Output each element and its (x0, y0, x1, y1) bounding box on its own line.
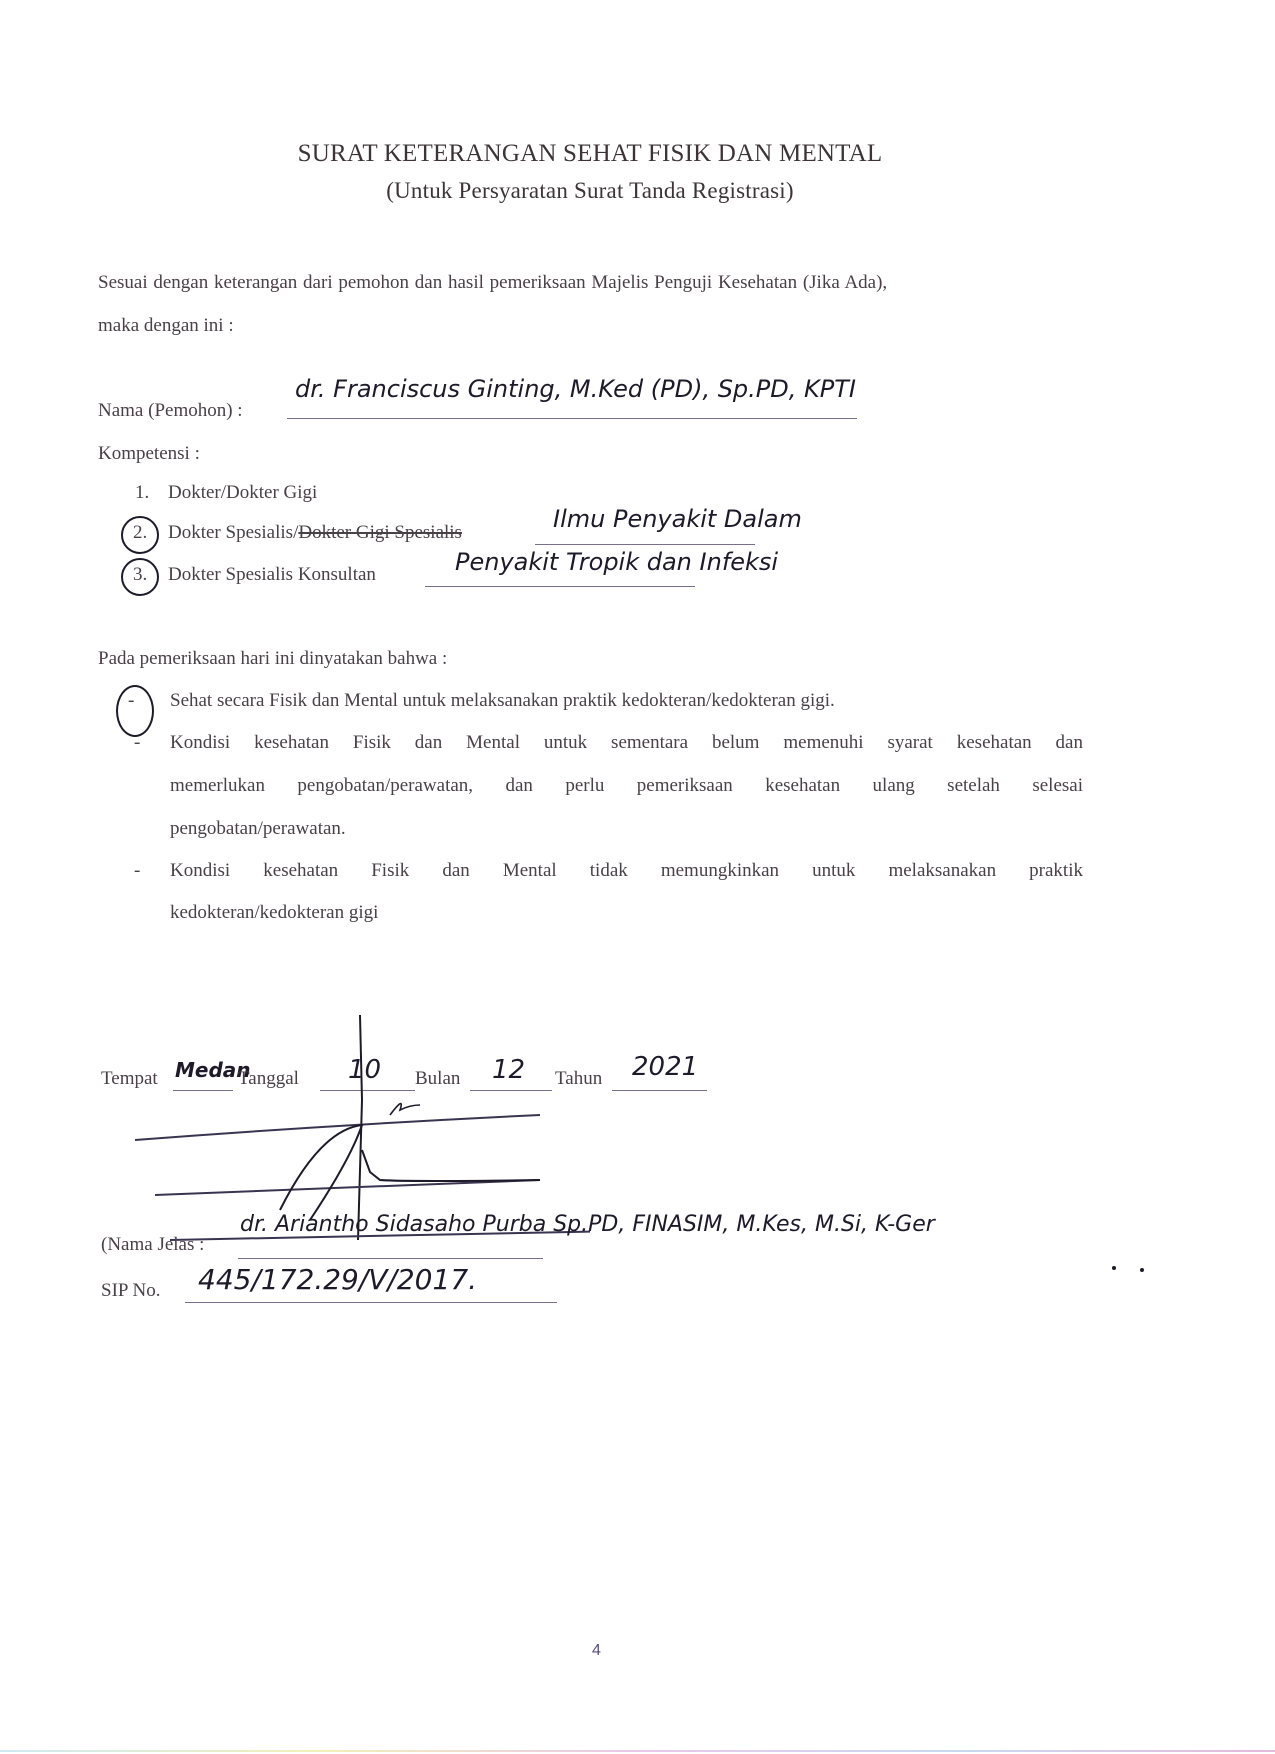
competency-item-3-underline (425, 586, 695, 587)
document-subtitle: (Untuk Persyaratan Surat Tanda Registras… (0, 178, 1180, 204)
exam-option-2-line-1[interactable]: Kondisi kesehatan Fisik dan Mental untuk… (170, 732, 1083, 754)
applicant-label: Nama (Pemohon) : (98, 400, 243, 422)
signer-name-underline (238, 1258, 543, 1259)
page-number: 4 (592, 1642, 601, 1660)
applicant-name-field[interactable]: dr. Franciscus Ginting, M.Ked (PD), Sp.P… (295, 375, 856, 403)
exam-option-1-bullet: - (128, 690, 134, 712)
sip-underline (185, 1302, 557, 1303)
exam-label: Pada pemeriksaan hari ini dinyatakan bah… (98, 648, 447, 670)
signer-name-suffix: Sp.PD, FINASIM, M.Kes, M.Si, K-Ger (553, 1212, 935, 1237)
competency-item-2-text[interactable]: Dokter Spesialis/Dokter Gigi Spesialis (168, 522, 462, 544)
competency-item-2-underline (535, 544, 755, 545)
intro-line-1: Sesuai dengan keterangan dari pemohon da… (98, 272, 1083, 294)
applicant-underline (287, 418, 857, 419)
competency-item-3-value[interactable]: Penyakit Tropik dan Infeksi (455, 548, 778, 576)
scan-speck (1112, 1266, 1116, 1270)
sip-field[interactable]: 445/172.29/V/2017. (198, 1263, 477, 1296)
exam-option-3-line-1[interactable]: Kondisi kesehatan Fisik dan Mental tidak… (170, 860, 1083, 882)
competency-item-2-struck-text: Dokter Gigi Spesialis (298, 522, 462, 543)
exam-option-2-bullet: - (134, 732, 140, 754)
scan-edge-line (0, 1750, 1275, 1752)
exam-option-3-bullet: - (134, 860, 140, 882)
competency-item-1-text[interactable]: Dokter/Dokter Gigi (168, 482, 317, 504)
exam-option-2-line-3: pengobatan/perawatan. (170, 818, 346, 840)
competency-item-2-label: Dokter Spesialis/ (168, 522, 298, 543)
scan-speck (1140, 1268, 1144, 1272)
signer-name-label: (Nama Jelas : (101, 1234, 204, 1256)
exam-option-1-circle-mark (116, 685, 154, 737)
signer-name-value: dr. Ariantho Sidasaho Purba (240, 1212, 546, 1237)
exam-option-3-line-2: kedokteran/kedokteran gigi (170, 902, 378, 924)
sip-label: SIP No. (101, 1280, 160, 1302)
exam-option-2-line-2: memerlukan pengobatan/perawatan, dan per… (170, 775, 1083, 797)
competency-item-2-value[interactable]: Ilmu Penyakit Dalam (553, 505, 802, 533)
exam-option-1-text[interactable]: Sehat secara Fisik dan Mental untuk mela… (170, 690, 835, 712)
intro-line-2: maka dengan ini : (98, 315, 234, 337)
year-underline (612, 1090, 707, 1091)
year-field[interactable]: 2021 (632, 1052, 698, 1082)
competency-label: Kompetensi : (98, 443, 200, 465)
signer-name-field[interactable]: dr. Ariantho Sidasaho Purba Sp.PD, FINAS… (240, 1212, 935, 1237)
document-title: SURAT KETERANGAN SEHAT FISIK DAN MENTAL (0, 140, 1180, 168)
competency-item-3-number: 3. (133, 564, 147, 586)
competency-item-1-number: 1. (135, 482, 149, 504)
competency-item-3-text[interactable]: Dokter Spesialis Konsultan (168, 564, 376, 586)
competency-item-2-number: 2. (133, 522, 147, 544)
